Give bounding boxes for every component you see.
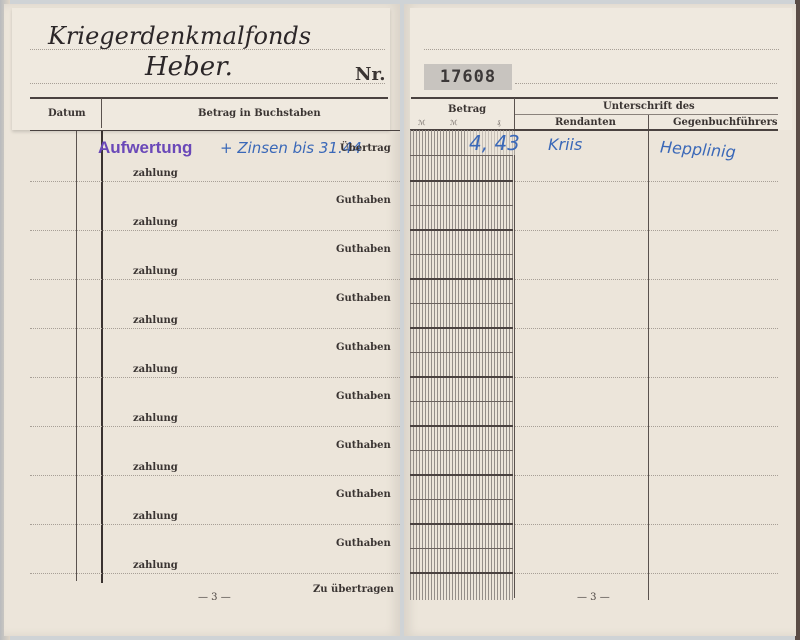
row-separator <box>515 524 778 525</box>
grid-line <box>410 327 513 329</box>
dotted-line <box>515 83 777 84</box>
header-rule <box>30 97 388 99</box>
col-header-datum: Datum <box>48 108 86 119</box>
row-deposit-label: zahlung <box>133 462 178 473</box>
row-deposit-label: zahlung <box>133 217 178 228</box>
row-separator <box>515 573 778 574</box>
datum-divider <box>76 131 77 581</box>
amount-grid <box>410 130 513 600</box>
dotted-line <box>424 49 779 50</box>
row-balance-label: Guthaben <box>336 195 391 206</box>
row-deposit-label: zahlung <box>133 364 178 375</box>
account-name-line2: Heber. <box>145 52 233 82</box>
row-balance-label: Guthaben <box>336 538 391 549</box>
grid-line <box>410 180 513 182</box>
grid-line <box>410 376 513 378</box>
row-balance-label: Guthaben <box>336 440 391 451</box>
row-separator <box>515 181 778 182</box>
grid-line <box>410 303 513 304</box>
row-separator <box>30 181 400 182</box>
row-separator <box>30 524 400 525</box>
grid-line <box>410 572 513 574</box>
dotted-line <box>30 49 385 50</box>
row-balance-label: Guthaben <box>336 244 391 255</box>
aufwertung-stamp: Aufwertung <box>98 138 192 158</box>
page-number-right: — 3 — <box>577 592 610 603</box>
col-header-betrag-in-buchstaben: Betrag in Buchstaben <box>198 108 321 119</box>
grid-line <box>410 155 513 156</box>
row-deposit-label: zahlung <box>133 315 178 326</box>
grid-line <box>410 425 513 427</box>
row-separator <box>515 377 778 378</box>
carry-forward-label: Zu übertragen <box>313 584 394 595</box>
divider <box>101 98 102 128</box>
header-rule <box>411 97 778 99</box>
page-number-left: — 3 — <box>198 592 231 603</box>
row-separator <box>30 573 400 574</box>
row-separator <box>515 279 778 280</box>
account-number-box: 17608 <box>424 64 512 90</box>
betrag-sub-3: ₰ <box>497 119 501 127</box>
rendant-signature: Kriis <box>548 135 582 154</box>
row-balance-label: Guthaben <box>336 293 391 304</box>
signature-divider <box>648 115 649 600</box>
grid-line <box>410 548 513 549</box>
nr-label: Nr. <box>355 64 386 85</box>
grid-line <box>410 401 513 402</box>
row-separator <box>30 328 400 329</box>
grid-line <box>410 352 513 353</box>
col-header-unterschrift: Unterschrift des <box>603 101 695 112</box>
row-separator <box>30 426 400 427</box>
row-separator <box>30 475 400 476</box>
betrag-sub-1: ℳ <box>418 119 426 127</box>
text-divider <box>101 131 103 583</box>
row-separator <box>515 475 778 476</box>
row-deposit-label: zahlung <box>133 413 178 424</box>
amount-value: 4, 43 <box>467 131 522 155</box>
grid-line <box>410 254 513 255</box>
col-header-betrag: Betrag <box>448 104 486 115</box>
row-separator <box>30 230 400 231</box>
betrag-divider <box>514 98 515 598</box>
row-balance-label: Guthaben <box>336 489 391 500</box>
row-separator <box>515 426 778 427</box>
row-balance-label: Guthaben <box>336 391 391 402</box>
grid-line <box>410 523 513 525</box>
grid-line <box>410 229 513 231</box>
row-separator <box>515 328 778 329</box>
row-separator <box>515 230 778 231</box>
row-deposit-label: zahlung <box>133 266 178 277</box>
grid-line <box>410 205 513 206</box>
table-top-rule <box>30 130 400 131</box>
grid-line <box>410 278 513 280</box>
row-deposit-label: zahlung <box>133 168 178 179</box>
grid-line <box>410 499 513 500</box>
account-name-line1: Kriegerdenkmalfonds <box>48 22 311 50</box>
row-deposit-label: zahlung <box>133 511 178 522</box>
uebertrag-label: Übertrag <box>340 143 391 154</box>
row-deposit-label: zahlung <box>133 560 178 571</box>
row-separator <box>30 377 400 378</box>
betrag-sub-2: ℳ <box>450 119 458 127</box>
row-balance-label: Guthaben <box>336 342 391 353</box>
col-header-gegenbuchfuehrers: Gegenbuchführers <box>673 117 778 128</box>
row-separator <box>30 279 400 280</box>
grid-line <box>410 450 513 451</box>
sub-header-rule <box>515 114 778 115</box>
grid-line <box>410 474 513 476</box>
dotted-line <box>30 83 385 84</box>
col-header-rendanten: Rendanten <box>555 117 616 128</box>
